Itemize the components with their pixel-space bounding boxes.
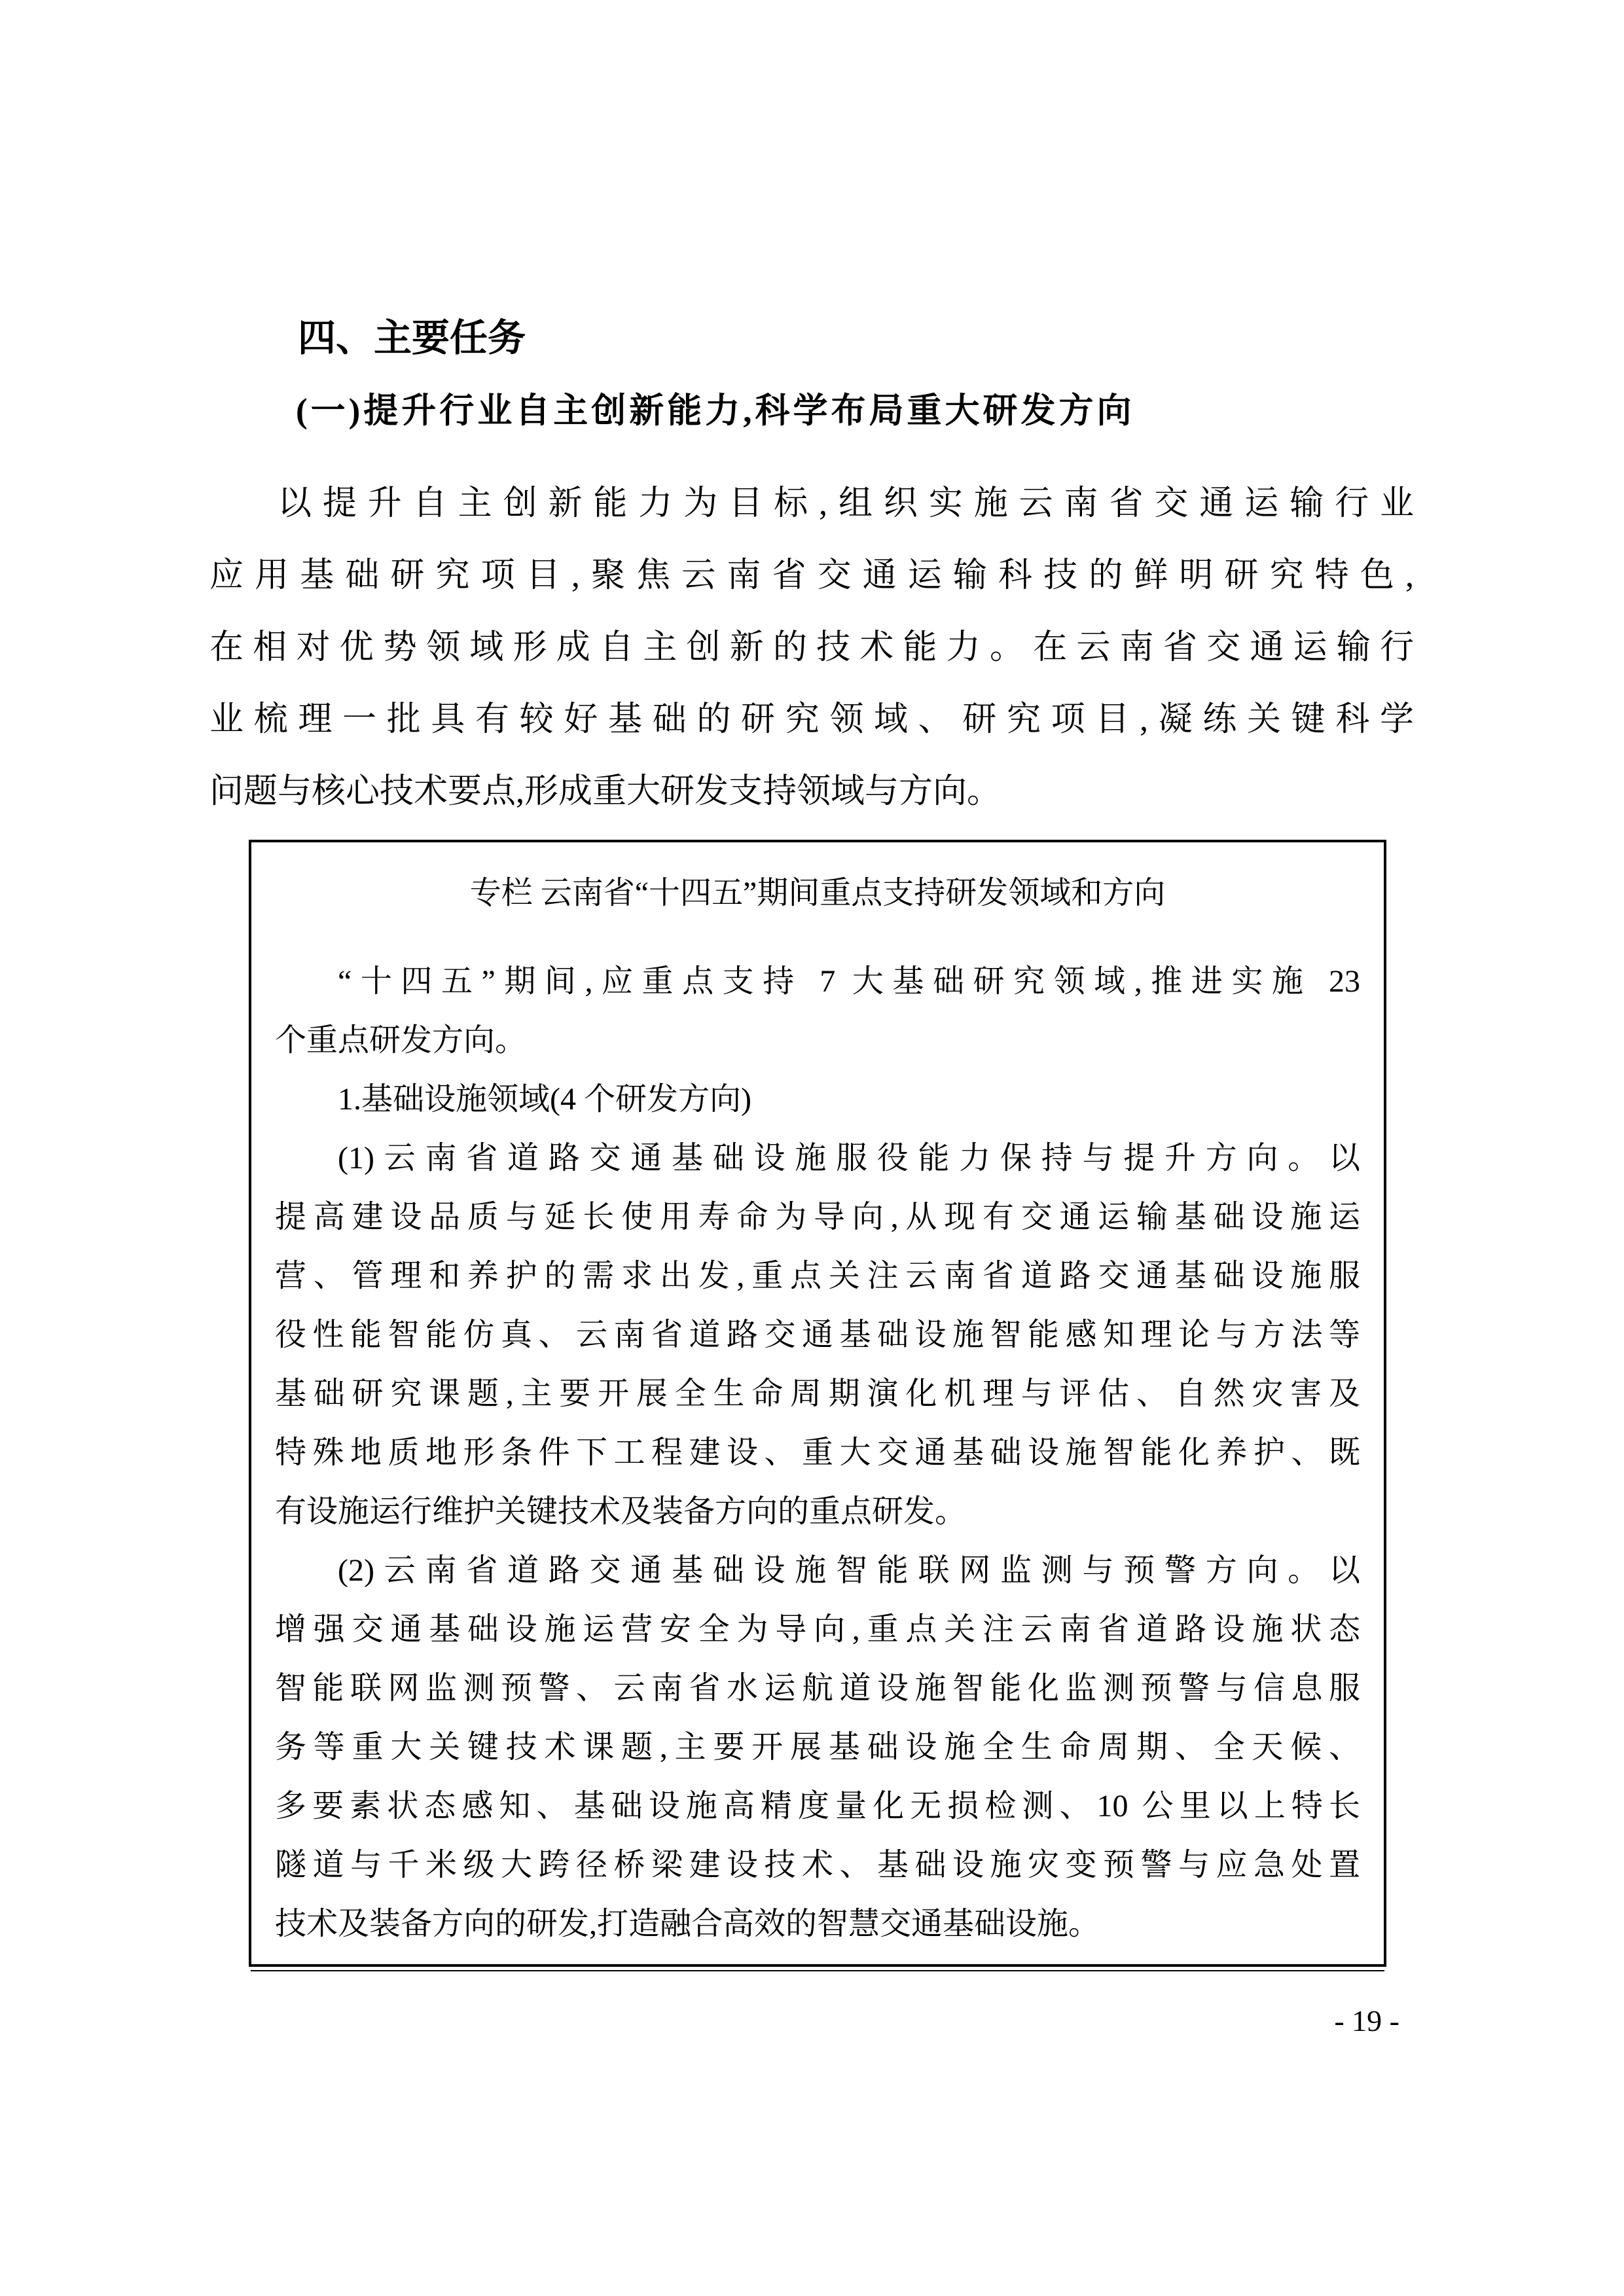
- text-line: 营、管理和养护的需求出发,重点关注云南省道路交通基础设施服: [275, 1247, 1360, 1306]
- text-line: 役性能智能仿真、云南省道路交通基础设施智能感知理论与方法等: [275, 1306, 1360, 1365]
- text-line: 隧道与千米级大跨径桥梁建设技术、基础设施灾变预警与应急处置: [275, 1836, 1360, 1895]
- highlight-panel: 专栏 云南省“十四五”期间重点支持研发领域和方向 “十四五”期间,应重点支持 7…: [249, 840, 1386, 1967]
- text-line: 业梳理一批具有较好基础的研究领域、研究项目,凝练关键科学: [209, 684, 1414, 756]
- document-page: 四、主要任务 (一)提升行业自主创新能力,科学布局重大研发方向 以提升自主创新能…: [0, 0, 1624, 2296]
- text-line: 个重点研发方向。: [275, 1011, 1360, 1070]
- text-line: 以提升自主创新能力为目标,组织实施云南省交通运输行业: [209, 468, 1414, 540]
- text-line: 有设施运行维护关键技术及装备方向的重点研发。: [275, 1482, 1360, 1541]
- section-heading: 四、主要任务: [209, 0, 1414, 361]
- text-line: 问题与核心技术要点,形成重大研发支持领域与方向。: [209, 756, 1414, 828]
- page-number: - 19 -: [209, 2003, 1414, 2039]
- text-line: 应用基础研究项目,聚焦云南省交通运输科技的鲜明研究特色,: [209, 540, 1414, 612]
- text-line: 务等重大关键技术课题,主要开展基础设施全生命周期、全天候、: [275, 1718, 1360, 1777]
- text-line: 在相对优势领域形成自主创新的技术能力。在云南省交通运输行: [209, 612, 1414, 684]
- text-line: 提高建设品质与延长使用寿命为导向,从现有交通运输基础设施运: [275, 1188, 1360, 1247]
- text-line: (1)云南省道路交通基础设施服役能力保持与提升方向。以: [275, 1129, 1360, 1188]
- panel-paragraph: 1.基础设施领域(4 个研发方向): [275, 1070, 1360, 1129]
- text-line: “十四五”期间,应重点支持 7 大基础研究领域,推进实施 23: [275, 952, 1360, 1011]
- text-line: (2)云南省道路交通基础设施智能联网监测与预警方向。以: [275, 1541, 1360, 1600]
- text-line: 技术及装备方向的研发,打造融合高效的智慧交通基础设施。: [275, 1895, 1360, 1954]
- text-line: 增强交通基础设施运营安全为导向,重点关注云南省道路设施状态: [275, 1600, 1360, 1659]
- text-line: 1.基础设施领域(4 个研发方向): [275, 1070, 1360, 1129]
- panel-paragraph: “十四五”期间,应重点支持 7 大基础研究领域,推进实施 23个重点研发方向。: [275, 952, 1360, 1070]
- subsection-heading: (一)提升行业自主创新能力,科学布局重大研发方向: [209, 389, 1414, 433]
- text-line: 智能联网监测预警、云南省水运航道设施智能化监测预警与信息服: [275, 1659, 1360, 1718]
- text-line: 基础研究课题,主要开展全生命周期演化机理与评估、自然灾害及: [275, 1365, 1360, 1424]
- text-line: 特殊地质地形条件下工程建设、重大交通基础设施智能化养护、既: [275, 1424, 1360, 1482]
- intro-paragraph: 以提升自主创新能力为目标,组织实施云南省交通运输行业应用基础研究项目,聚焦云南省…: [209, 468, 1414, 828]
- panel-paragraph: (1)云南省道路交通基础设施服役能力保持与提升方向。以提高建设品质与延长使用寿命…: [275, 1129, 1360, 1541]
- text-line: 多要素状态感知、基础设施高精度量化无损检测、10 公里以上特长: [275, 1777, 1360, 1836]
- page-content: 四、主要任务 (一)提升行业自主创新能力,科学布局重大研发方向 以提升自主创新能…: [209, 0, 1414, 2039]
- panel-title: 专栏 云南省“十四五”期间重点支持研发领域和方向: [275, 874, 1360, 913]
- panel-paragraph: (2)云南省道路交通基础设施智能联网监测与预警方向。以增强交通基础设施运营安全为…: [275, 1541, 1360, 1954]
